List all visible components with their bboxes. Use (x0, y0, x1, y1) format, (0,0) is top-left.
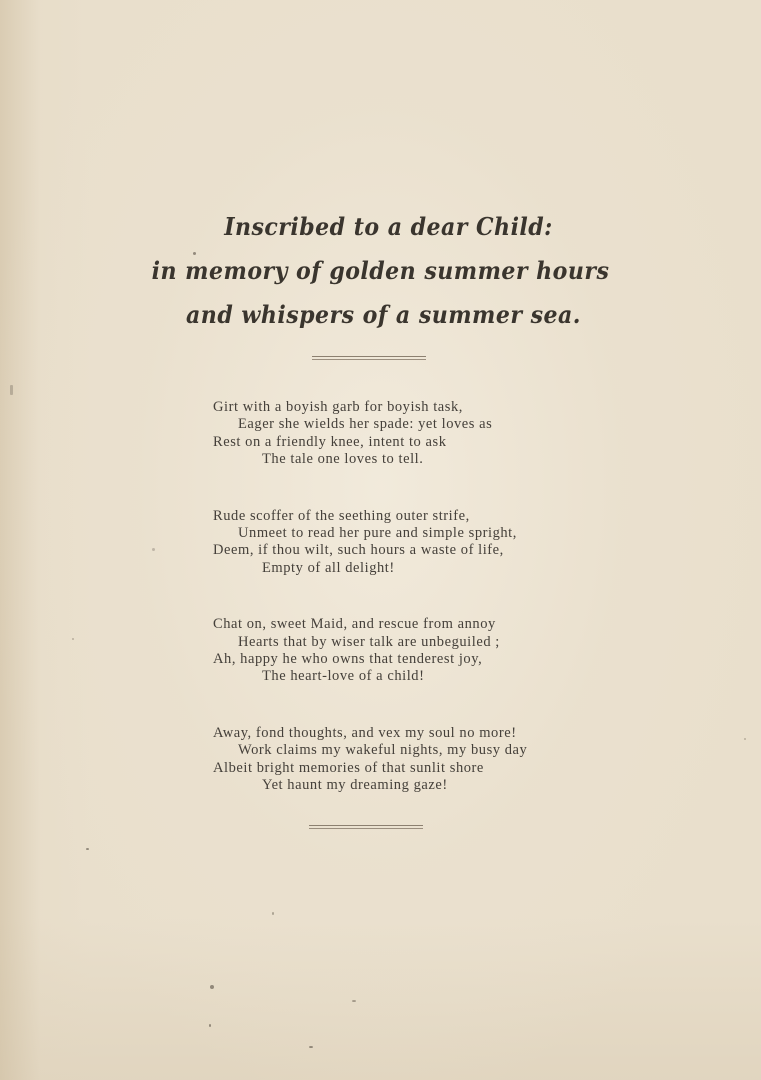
verse-line: Eager she wields her spade: yet loves as (213, 416, 553, 433)
verse-line: Away, fond thoughts, and vex my soul no … (213, 725, 553, 742)
verse-line: The heart-love of a child! (213, 668, 553, 685)
verse-line: Work claims my wakeful nights, my busy d… (213, 742, 553, 759)
ornamental-rule-bottom (309, 825, 423, 830)
stanza: Rude scoffer of the seething outer strif… (213, 508, 553, 578)
stanza: Chat on, sweet Maid, and rescue from ann… (213, 616, 553, 686)
paper-speck (152, 548, 155, 551)
verse-line: Chat on, sweet Maid, and rescue from ann… (213, 616, 553, 633)
verse-line: Rude scoffer of the seething outer strif… (213, 508, 553, 525)
verse-line: Unmeet to read her pure and simple sprig… (213, 525, 553, 542)
ornamental-rule-top (312, 356, 426, 361)
verse-line: Deem, if thou wilt, such hours a waste o… (213, 542, 553, 559)
verse-line: Albeit bright memories of that sunlit sh… (213, 760, 553, 777)
poem: Girt with a boyish garb for boyish task,… (213, 399, 553, 834)
dedication-line: Inscribed to a dear Child: (46, 205, 731, 249)
verse-line: The tale one loves to tell. (213, 451, 553, 468)
paper-speck (352, 1000, 356, 1002)
paper-speck (86, 848, 89, 850)
verse-line: Rest on a friendly knee, intent to ask (213, 434, 553, 451)
stanza: Away, fond thoughts, and vex my soul no … (213, 725, 553, 795)
book-page: Inscribed to a dear Child: in memory of … (0, 0, 761, 1080)
paper-speck (309, 1046, 313, 1048)
paper-speck (10, 385, 13, 395)
verse-line: Hearts that by wiser talk are unbeguiled… (213, 634, 553, 651)
paper-speck (272, 912, 274, 915)
dedication-line: in memory of golden summer hours (30, 249, 730, 293)
paper-speck (744, 738, 746, 740)
paper-speck (209, 1024, 211, 1027)
dedication-heading: Inscribed to a dear Child: in memory of … (0, 205, 761, 337)
paper-speck (210, 985, 214, 989)
verse-line: Girt with a boyish garb for boyish task, (213, 399, 553, 416)
verse-line: Empty of all delight! (213, 560, 553, 577)
paper-speck (72, 638, 74, 640)
paper-speck (193, 252, 196, 255)
verse-line: Yet haunt my dreaming gaze! (213, 777, 553, 794)
stanza: Girt with a boyish garb for boyish task,… (213, 399, 553, 469)
dedication-line: and whispers of a summer sea. (36, 293, 731, 337)
verse-line: Ah, happy he who owns that tenderest joy… (213, 651, 553, 668)
